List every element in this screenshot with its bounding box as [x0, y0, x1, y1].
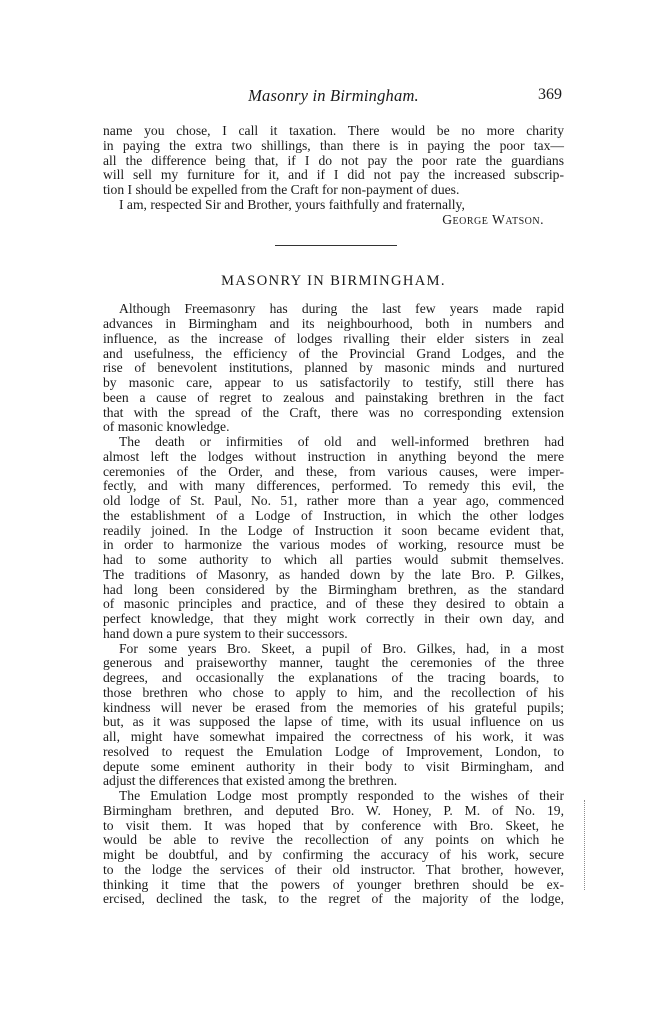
paragraph: Although Freemasonry has during the last…: [103, 302, 564, 435]
text-line: in paying the extra two shillings, than …: [103, 139, 564, 154]
text-line: adjust the differences that existed amon…: [103, 774, 564, 789]
text-line: to the lodge the services of their old i…: [103, 863, 564, 878]
text-line: tion I should be expelled from the Craft…: [103, 183, 564, 198]
text-line: would be able to revive the recollection…: [103, 833, 564, 848]
text-line: those brethren who chose to apply to him…: [103, 686, 564, 701]
article-body: Although Freemasonry has during the last…: [103, 302, 564, 907]
text-line: in order to harmonize the various modes …: [103, 538, 564, 553]
text-line: fectly, and with many differences, perfo…: [103, 479, 564, 494]
page-number: 369: [538, 86, 562, 104]
text-line: and usefulness, the efficiency of the Pr…: [103, 347, 564, 362]
running-title: Masonry in Birmingham.: [103, 86, 564, 106]
text-line: to visit them. It was hoped that by conf…: [103, 819, 564, 834]
text-line: resolved to request the Emulation Lodge …: [103, 745, 564, 760]
text-line: The traditions of Masonry, as handed dow…: [103, 568, 564, 583]
paragraph: The Emulation Lodge most promptly respon…: [103, 789, 564, 907]
text-line: For some years Bro. Skeet, a pupil of Br…: [103, 642, 564, 657]
text-line: that with the spread of the Craft, there…: [103, 406, 564, 421]
text-line: the establishment of a Lodge of Instruct…: [103, 509, 564, 524]
article-title: MASONRY IN BIRMINGHAM.: [103, 273, 564, 289]
text-line: The Emulation Lodge most promptly respon…: [103, 789, 564, 804]
text-line: almost left the lodges without instructi…: [103, 450, 564, 465]
paragraph: The death or infirmities of old and well…: [103, 435, 564, 642]
text-line: all, might have somewhat impaired the co…: [103, 730, 564, 745]
text-line: Birmingham brethren, and deputed Bro. W.…: [103, 804, 564, 819]
text-line: all the difference being that, if I do n…: [103, 154, 564, 169]
letter-closing: I am, respected Sir and Brother, yours f…: [103, 198, 564, 213]
letter-signature: George Watson.: [103, 213, 564, 228]
book-page: Masonry in Birmingham. 369 name you chos…: [103, 86, 564, 907]
text-line: kindness will never be erased from the m…: [103, 701, 564, 716]
text-line: but, as it was supposed the lapse of tim…: [103, 715, 564, 730]
text-line: influence, as the increase of lodges riv…: [103, 332, 564, 347]
text-line: advances in Birmingham and its neighbour…: [103, 317, 564, 332]
running-head: Masonry in Birmingham. 369: [103, 86, 564, 110]
text-line: will sell my furniture for it, and if I …: [103, 168, 564, 183]
text-line: degrees, and occasionally the explanatio…: [103, 671, 564, 686]
text-line: thinking it time that the powers of youn…: [103, 878, 564, 893]
scan-margin-mark: [584, 800, 586, 890]
text-line: ercised, declined the task, to the regre…: [103, 892, 564, 907]
text-line: perfect knowledge, that they might work …: [103, 612, 564, 627]
text-line: The death or infirmities of old and well…: [103, 435, 564, 450]
text-line: name you chose, I call it taxation. Ther…: [103, 124, 564, 139]
text-line: been a cause of regret to zealous and pa…: [103, 391, 564, 406]
text-line: of masonic knowledge.: [103, 420, 564, 435]
letter-conclusion: name you chose, I call it taxation. Ther…: [103, 124, 564, 227]
paragraph: For some years Bro. Skeet, a pupil of Br…: [103, 642, 564, 790]
text-line: might be doubtful, and by confirming the…: [103, 848, 564, 863]
section-divider: [275, 245, 397, 246]
text-line: had long been considered by the Birmingh…: [103, 583, 564, 598]
text-line: ceremonies of the Order, and these, from…: [103, 465, 564, 480]
text-line: hand down a pure system to their success…: [103, 627, 564, 642]
text-line: depute some eminent authority in their b…: [103, 760, 564, 775]
text-line: Although Freemasonry has during the last…: [103, 302, 564, 317]
text-line: old lodge of St. Paul, No. 51, rather mo…: [103, 494, 564, 509]
text-line: readily joined. In the Lodge of Instruct…: [103, 524, 564, 539]
text-line: rise of benevolent institutions, planned…: [103, 361, 564, 376]
text-line: had to some authority to which all parti…: [103, 553, 564, 568]
text-line: generous and praiseworthy manner, taught…: [103, 656, 564, 671]
text-line: of masonic principles and practice, and …: [103, 597, 564, 612]
text-line: by masonic care, appear to us satisfacto…: [103, 376, 564, 391]
